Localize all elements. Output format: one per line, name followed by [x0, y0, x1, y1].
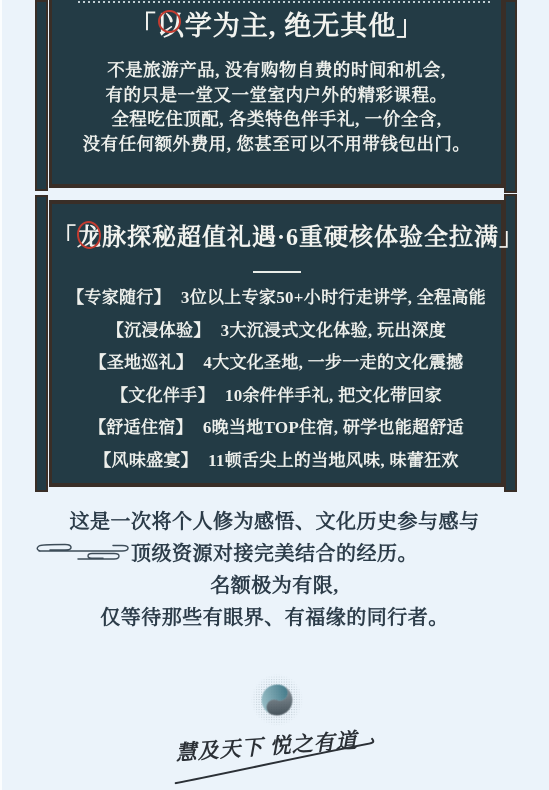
intro-panel-body: 不是旅游产品, 没有购物自费的时间和机会, 有的只是一堂又一堂室内户外的精彩课程…	[52, 58, 501, 156]
scroll-left-tab	[35, 195, 48, 492]
intro-line: 有的只是一堂又一堂室内户外的精彩课程。	[52, 83, 501, 108]
title-divider	[253, 271, 301, 273]
intro-line: 全程吃住顶配, 各类特色伴手礼, 一价全含,	[52, 107, 501, 132]
perk-desc: 3大沉浸式文化体验, 玩出深度	[221, 321, 447, 340]
intro-panel-board: 「以学为主, 绝无其他」 不是旅游产品, 没有购物自费的时间和机会, 有的只是一…	[49, 0, 504, 188]
closing-line: 仅等待那些有眼界、有福缘的同行者。	[0, 602, 549, 634]
scroll-right-tab	[504, 0, 517, 193]
perk-item: 【风味盛宴】11顿舌尖上的当地风味, 味蕾狂欢	[52, 445, 501, 478]
intro-line: 不是旅游产品, 没有购物自费的时间和机会,	[52, 58, 501, 83]
yinyang-swirl-logo-icon	[248, 671, 306, 729]
perk-desc: 3位以上专家50+小时行走讲学, 全程高能	[181, 288, 486, 307]
perk-desc: 11顿舌尖上的当地风味, 味蕾狂欢	[208, 451, 459, 470]
perk-desc: 6晚当地TOP住宿, 研学也能超舒适	[203, 418, 464, 437]
perk-tag: 【舒适住宿】	[89, 418, 193, 437]
perk-tag: 【文化伴手】	[111, 386, 215, 405]
intro-line: 没有任何额外费用, 您甚至可以不用带钱包出门。	[52, 132, 501, 157]
perk-desc: 10余件伴手礼, 把文化带回家	[225, 386, 442, 405]
perks-panel-board: 「龙脉探秘超值礼遇·6重硬核体验全拉满」 【专家随行】3位以上专家50+小时行走…	[49, 200, 504, 487]
scroll-left-tab	[35, 0, 48, 191]
perks-panel-title: 「龙脉探秘超值礼遇·6重硬核体验全拉满」	[52, 204, 501, 256]
perk-item: 【圣地巡礼】4大文化圣地, 一步一走的文化震撼	[52, 347, 501, 380]
brand-slogan-calligraphy: 慧及天下 悦之有道	[168, 719, 387, 790]
intro-panel-title: 「以学为主, 绝无其他」	[52, 0, 501, 43]
closing-statement: 这是一次将个人修为感悟、文化历史参与感与 顶级资源对接完美结合的经历。 名额极为…	[0, 506, 549, 634]
perk-tag: 【专家随行】	[67, 288, 171, 307]
closing-line: 顶级资源对接完美结合的经历。	[0, 538, 549, 570]
perk-item: 【沉浸体验】3大沉浸式文化体验, 玩出深度	[52, 315, 501, 348]
perk-item: 【专家随行】3位以上专家50+小时行走讲学, 全程高能	[52, 282, 501, 315]
perks-list: 【专家随行】3位以上专家50+小时行走讲学, 全程高能 【沉浸体验】3大沉浸式文…	[52, 282, 501, 477]
perk-item: 【文化伴手】10余件伴手礼, 把文化带回家	[52, 380, 501, 413]
perk-tag: 【风味盛宴】	[94, 451, 198, 470]
promo-poster-page: 「以学为主, 绝无其他」 不是旅游产品, 没有购物自费的时间和机会, 有的只是一…	[0, 0, 549, 790]
perk-tag: 【圣地巡礼】	[90, 353, 194, 372]
perk-tag: 【沉浸体验】	[107, 321, 211, 340]
closing-line: 名额极为有限,	[0, 570, 549, 602]
closing-line: 这是一次将个人修为感悟、文化历史参与感与	[0, 506, 549, 538]
perk-desc: 4大文化圣地, 一步一走的文化震撼	[203, 353, 463, 372]
perk-item: 【舒适住宿】6晚当地TOP住宿, 研学也能超舒适	[52, 412, 501, 445]
